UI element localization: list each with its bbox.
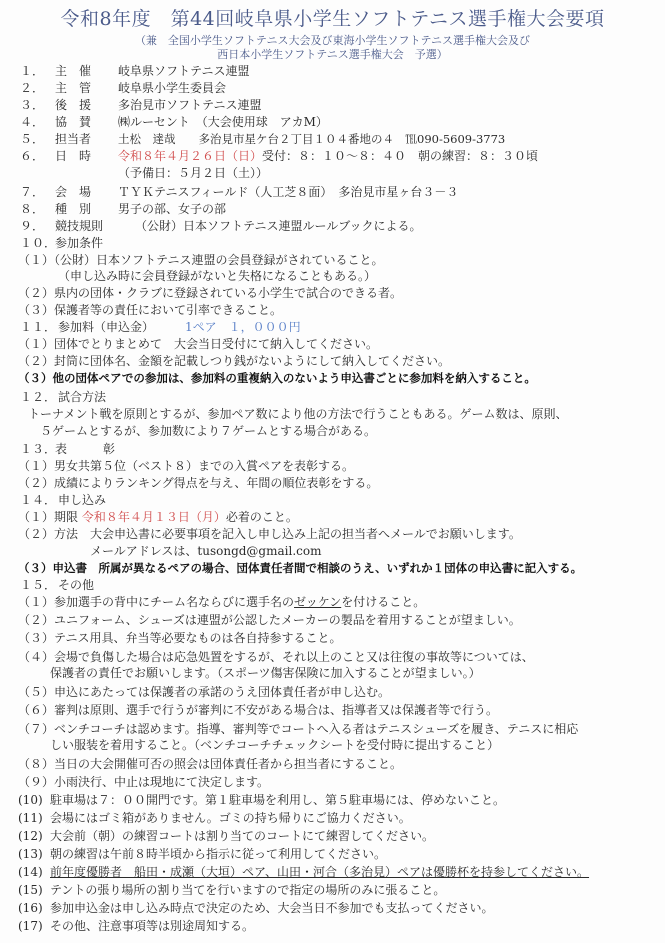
format-text-1: トーナメント戦を原則とするが、参加ペア数により他の方法で行うこともある。ゲーム数… bbox=[28, 407, 568, 421]
other-item-champions: (14)前年度優勝者 船田・成瀬（大垣）ペア、山田・河合（多治見）ペアは優勝杯を… bbox=[18, 865, 589, 879]
awards-item: （２）成績によりランキング得点を与え、年間の順位表彰をする。 bbox=[18, 476, 378, 490]
other-item: （８）当日の大会開催可否の照会は団体責任者から担当者にすること。 bbox=[18, 757, 402, 771]
other-item: （２）ユニフォーム、シューズは連盟が公認したメーカーの製品を着用することが望まし… bbox=[18, 613, 521, 627]
event-date: 令和８年４月２６日（日） bbox=[118, 149, 262, 163]
other-item: （３）テニス用具、弁当等必要なものは各自持参すること。 bbox=[18, 631, 342, 645]
other-item: (10)駐車場は７：００開門です。第１駐車場を利用し、第５駐車場には、停めないこ… bbox=[18, 793, 505, 807]
awards-item: （１）男女共第５位（ベスト８）までの入賞ペアを表彰する。 bbox=[18, 459, 354, 473]
condition-item: （１）（公財）日本ソフトテニス連盟の会員登録がされていること。 bbox=[18, 253, 384, 267]
other-item-cont: しい服装を着用すること。（ベンチコーチチェックシートを受付時に提出すること） bbox=[50, 738, 499, 752]
other-item: （４）会場で負傷した場合は応急処置をするが、それ以上のこと又は往復の事故等につい… bbox=[18, 650, 534, 664]
other-item-cont: 保護者の責任でお願いします。（スポーツ傷害保険に加入することが望ましい。） bbox=[50, 666, 481, 680]
other-item: (13)朝の練習は午前８時半頃から指示に従って利用してください。 bbox=[18, 847, 386, 861]
entry-email[interactable]: メールアドレスは、tusongd@gmail.com bbox=[90, 544, 321, 558]
format-text-2: ５ゲームとするが、参加数により７ゲームとする場合がある。 bbox=[40, 424, 376, 438]
other-item: (17)その他、注意事項等は別途周知する。 bbox=[18, 919, 254, 933]
fee-item: （３）他の団体ペアでの参加は、参加料の重複納入のないよう申込書ごとに参加料を納入… bbox=[18, 371, 536, 385]
other-item: (16)参加申込金は申し込み時点で決定のため、大会当日不参加でも支払ってください… bbox=[18, 901, 494, 915]
condition-item: （３）保護者等の責任において引率できること。 bbox=[18, 303, 282, 317]
other-item: (11)会場にはゴミ箱がありません。ゴミの持ち帰りにご協力ください。 bbox=[18, 811, 411, 825]
fee-amount: 1ペア １，０００円 bbox=[185, 320, 301, 334]
condition-item: （２）県内の団体・クラブに登録されている小学生で試合のできる者。 bbox=[18, 286, 402, 300]
other-item: （７）ベンチコーチは認めます。指導、審判等でコートへ入る者はテニスシューズを履き… bbox=[18, 722, 578, 736]
entry-deadline: （１）期限 令和８年４月１３日（月）必着のこと。 bbox=[18, 510, 298, 524]
condition-item-cont: （申し込み時に会員登録がないと失格になることもある。） bbox=[58, 269, 376, 283]
page-title: 令和8年度 第44回岐阜県小学生ソフトテニス選手権大会要項 bbox=[0, 4, 665, 31]
deadline-date: 令和８年４月１３日（月） bbox=[82, 510, 226, 524]
fee-item: （１）団体でとりまとめて 大会当日受付にて納入してください。 bbox=[18, 337, 378, 351]
fee-item: （２）封筒に団体名、金額を記載しつり銭がないようにして納入してください。 bbox=[18, 354, 450, 368]
reserve-date: （予備日：５月２日（土）） bbox=[118, 166, 268, 180]
other-item: （１）参加選手の背中にチーム名ならびに選手名のゼッケンを付けること。 bbox=[18, 595, 425, 609]
other-item: (15)テントの張り場所の割り当てを行いますので指定の場所のみに張ること。 bbox=[18, 883, 445, 897]
other-item: （６）審判は原則、選手で行うが審判に不安がある場合は、指導者又は保護者等で行う。 bbox=[18, 703, 498, 717]
subtitle-line-2: 西日本小学生ソフトテニス選手権大会 予選） bbox=[0, 46, 665, 62]
other-item: (12)大会前（朝）の練習コートは割り当てのコートにて練習してください。 bbox=[18, 829, 434, 843]
other-item: （５）申込にあたっては保護者の承諾のうえ団体責任者が申し込む。 bbox=[18, 685, 390, 699]
other-item: （９）小雨決行、中止は現地にて決定します。 bbox=[18, 775, 269, 789]
entry-form-note: （３）申込書 所属が異なるペアの場合、団体責任者間で相談のうえ、いずれか１団体の… bbox=[18, 561, 582, 575]
entry-method: （２）方法 大会申込書に必要事項を記入し申し込み上記の担当者へメールでお願いしま… bbox=[18, 527, 521, 541]
